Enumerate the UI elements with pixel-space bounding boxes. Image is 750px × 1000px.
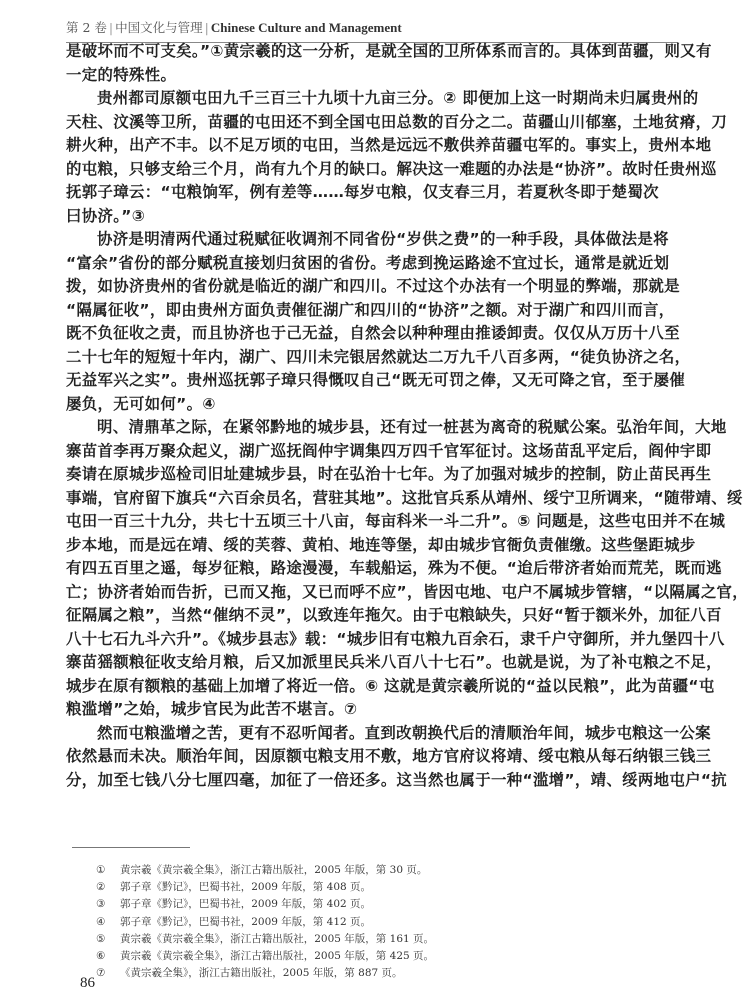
text-line: 然而屯粮滥增之苦，更有不忍听闻者。直到改朝换代后的清顺治年间，城步屯粮这一公案 (66, 722, 678, 746)
text-line: 既不负征收之责，而且协济也于己无益，自然会以种种理由推诿卸责。仅仅从万历十八至 (66, 322, 678, 346)
text-line: 奏请在原城步巡检司旧址建城步县，时在弘治十七年。为了加强对城步的控制，防止苗民再… (66, 463, 678, 487)
footnote-divider (72, 847, 190, 848)
text-line: “富余”省份的部分赋税直接划归贫困的省份。考虑到挽运路途不宜过长，通常是就近划 (66, 252, 678, 276)
footnote-number: ⑤ (96, 931, 120, 948)
text-line: 耕火种，出产不丰。以不足万顷的屯田，当然是远远不敷供养苗疆屯军的。事实上，贵州本… (66, 134, 678, 158)
text-line: 拨，如协济贵州的省份就是临近的湖广和四川。不过这个办法有一个明显的弊端，那就是 (66, 275, 678, 299)
text-line: 屡负，无可如何”。④ (66, 393, 678, 417)
journal-title-cn: 中国文化与管理 (115, 20, 203, 35)
page-number: 86 (80, 975, 95, 992)
footnote-item: ④郭子章《黔记》，巴蜀书社，2009 年版，第 412 页。 (96, 914, 656, 931)
text-line: 协济是明清两代通过税赋征收调剂不同省份“岁供之费”的一种手段，具体做法是将 (66, 228, 678, 252)
text-line: 是破坏而不可支矣。”①黄宗羲的这一分析，是就全国的卫所体系而言的。具体到苗疆，则… (66, 40, 678, 64)
text-line: “隔属征收”，即由贵州方面负责催征湖广和四川的“协济”之额。对于湖广和四川而言， (66, 299, 678, 323)
footnote-number: ⑦ (96, 965, 120, 982)
separator: | (109, 20, 113, 35)
body-text: 是破坏而不可支矣。”①黄宗羲的这一分析，是就全国的卫所体系而言的。具体到苗疆，则… (66, 40, 678, 792)
text-line: 的屯粮，只够支给三个月，尚有九个月的缺口。解决这一难题的办法是“协济”。故时任贵… (66, 158, 678, 182)
text-line: 事端，官府留下旗兵“六百余员名，营驻其地”。这批官兵系从靖州、绥宁卫所调来，“随… (66, 487, 678, 511)
footnote-text: 黄宗羲《黄宗羲全集》，浙江古籍出版社，2005 年版，第 425 页。 (120, 948, 434, 965)
text-line: 征隔属之粮”，当然“催纳不灵”，以致连年拖欠。由于屯粮缺失，只好“暂于额米外，加… (66, 604, 678, 628)
footnote-number: ⑥ (96, 948, 120, 965)
text-line: 抚郭子璋云：“屯粮饷军，例有差等……每岁屯粮，仅支春三月，若夏秋冬即于楚蜀次 (66, 181, 678, 205)
text-line: 无益军兴之实”。贵州巡抚郭子璋只得慨叹自己“既无可罚之俸，又无可降之官，至于屡催 (66, 369, 678, 393)
text-line: 一定的特殊性。 (66, 64, 678, 88)
footnote-text: 郭子章《黔记》，巴蜀书社，2009 年版，第 408 页。 (120, 879, 371, 896)
footnotes: ①黄宗羲《黄宗羲全集》，浙江古籍出版社，2005 年版，第 30 页。②郭子章《… (96, 862, 656, 982)
footnote-item: ②郭子章《黔记》，巴蜀书社，2009 年版，第 408 页。 (96, 879, 656, 896)
text-line: 贵州都司原额屯田九千三百三十九顷十九亩三分。② 即便加上这一时期尚未归属贵州的 (66, 87, 678, 111)
footnote-number: ③ (96, 896, 120, 913)
text-line: 曰协济。”③ (66, 205, 678, 229)
footnote-text: 郭子章《黔记》，巴蜀书社，2009 年版，第 412 页。 (120, 914, 371, 931)
text-line: 八十七石九斗六升”。《城步县志》载：“城步旧有屯粮九百余石，隶千户守御所，并九堡… (66, 628, 678, 652)
journal-title-en: Chinese Culture and Management (211, 20, 402, 35)
footnote-number: ② (96, 879, 120, 896)
footnote-text: 《黄宗羲全集》，浙江古籍出版社，2005 年版，第 887 页。 (120, 965, 403, 982)
text-line: 明、清鼎革之际，在紧邻黔地的城步县，还有过一桩甚为离奇的税赋公案。弘治年间，大地 (66, 416, 678, 440)
text-line: 屯田一百三十九分，共七十五顷三十八亩，每亩科米一斗二升”。⑤ 问题是，这些屯田并… (66, 510, 678, 534)
text-line: 天柱、汶溪等卫所，苗疆的屯田还不到全国屯田总数的百分之二。苗疆山川郁塞，土地贫瘠… (66, 111, 678, 135)
footnote-item: ⑤黄宗羲《黄宗羲全集》，浙江古籍出版社，2005 年版，第 161 页。 (96, 931, 656, 948)
text-line: 城步在原有额粮的基础上加增了将近一倍。⑥ 这就是黄宗羲所说的“益以民粮”，此为苗… (66, 675, 678, 699)
footnote-item: ①黄宗羲《黄宗羲全集》，浙江古籍出版社，2005 年版，第 30 页。 (96, 862, 656, 879)
text-line: 有四五百里之遥，每岁征粮，路途漫漫，车载船运，殊为不便。“迨后带济者始而荒芜，既… (66, 557, 678, 581)
footnote-text: 郭子章《黔记》，巴蜀书社，2009 年版，第 402 页。 (120, 896, 371, 913)
footnote-number: ① (96, 862, 120, 879)
footnote-text: 黄宗羲《黄宗羲全集》，浙江古籍出版社，2005 年版，第 161 页。 (120, 931, 434, 948)
footnote-number: ④ (96, 914, 120, 931)
text-line: 依然悬而未决。顺治年间，因原额屯粮支用不敷，地方官府议将靖、绥屯粮从每石纳银三钱… (66, 745, 678, 769)
separator: | (205, 20, 209, 35)
text-line: 粮滥增”之始，城步官民为此苦不堪言。⑦ (66, 698, 678, 722)
footnote-text: 黄宗羲《黄宗羲全集》，浙江古籍出版社，2005 年版，第 30 页。 (120, 862, 427, 879)
volume-label: 第 2 卷 (66, 20, 107, 35)
text-line: 寨苗猺额粮征收支给月粮，后又加派里民兵米八百八十七石”。也就是说，为了补屯粮之不… (66, 651, 678, 675)
footnote-item: ⑥黄宗羲《黄宗羲全集》，浙江古籍出版社，2005 年版，第 425 页。 (96, 948, 656, 965)
text-line: 二十七年的短短十年内，湖广、四川未完银居然就达二万九千八百多两，“徒负协济之名， (66, 346, 678, 370)
text-line: 步本地，而是远在靖、绥的芙蓉、黄柏、地连等堡，却由城步官衙负责催缴。这些堡距城步 (66, 534, 678, 558)
footnote-item: ③郭子章《黔记》，巴蜀书社，2009 年版，第 402 页。 (96, 896, 656, 913)
footnote-item: ⑦《黄宗羲全集》，浙江古籍出版社，2005 年版，第 887 页。 (96, 965, 656, 982)
text-line: 亡；协济者始而告折，已而又拖，又已而呼不应”，皆因屯地、屯户不属城步管辖，“以隔… (66, 581, 678, 605)
text-line: 分，加至七钱八分七厘四毫，加征了一倍还多。这当然也属于一种“滥增”，靖、绥两地屯… (66, 769, 678, 793)
text-line: 寨苗首李再万聚众起义，湖广巡抚阎仲宇调集四万四千官军征讨。这场苗乱平定后，阎仲宇… (66, 440, 678, 464)
